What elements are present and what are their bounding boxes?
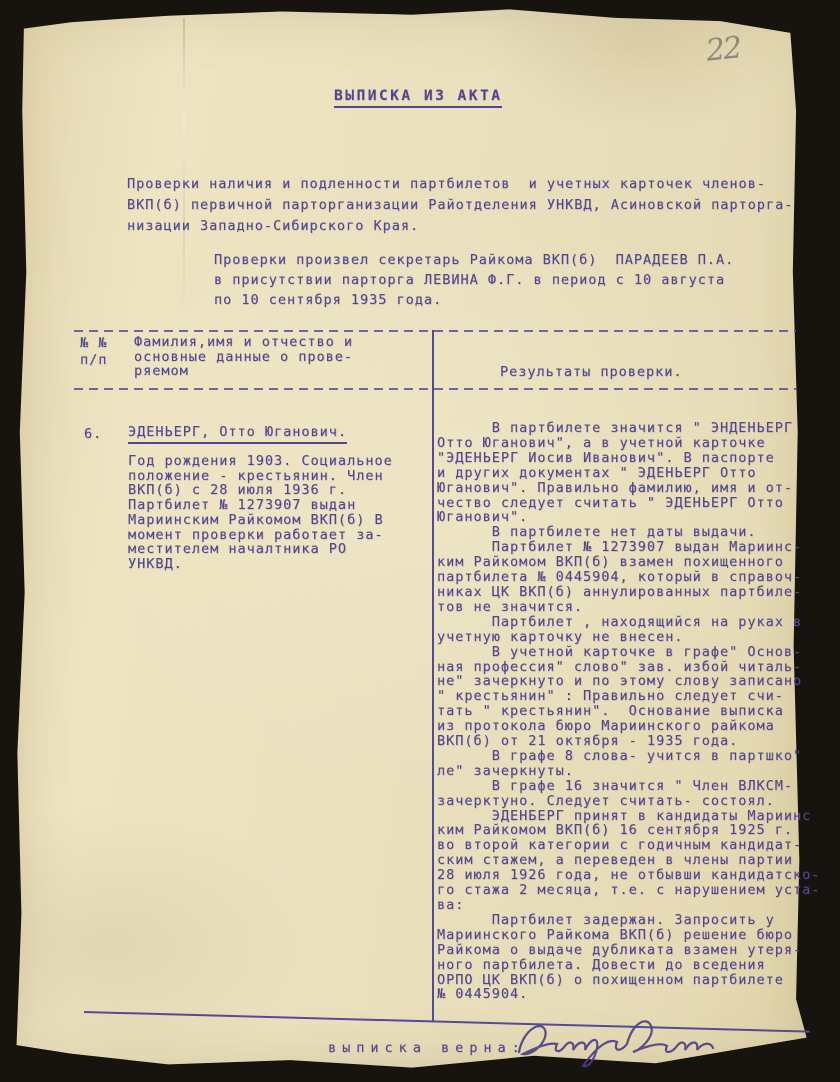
text-line: учетную карточку не внесен.: [437, 630, 820, 645]
text-line: ЭДЕНБЕРГ принят в кандидаты Мариинс: [437, 809, 820, 824]
text-line: чество следует считать " ЭДЕНЬЕРГ Отто: [437, 496, 820, 511]
results-text: В партбилете значится " ЭНДЕНЬЕРГОтто Юг…: [437, 421, 820, 1002]
text-line: местителем началтника РО: [128, 542, 393, 557]
text-line: ного партбилета. Довести до вседения: [437, 958, 820, 973]
text-line: Проверки произвел секретарь Райкома ВКП(…: [214, 250, 734, 270]
text-line: Юганович".: [437, 510, 820, 525]
text-line: В партбилете значится " ЭНДЕНЬЕРГ: [437, 421, 820, 436]
text-line: ким Райкомом ВКП(б) 16 сентября 1925 г.: [437, 823, 820, 838]
header-results-column: Результаты проверки.: [500, 364, 683, 380]
text-line: ВКП(б) первичной парторганизации Райотде…: [127, 195, 793, 216]
intro-paragraph: Проверки наличия и подленности партбилет…: [127, 174, 793, 237]
text-line: Юганович". Правильно фамилию, имя и от-: [437, 481, 820, 496]
text-line: из протокола бюро Мариинского райкома: [437, 719, 820, 734]
person-details: Год рождения 1903. Социальноеположение -…: [128, 454, 393, 572]
text-line: Фамилия,имя и отчество и: [134, 335, 353, 350]
text-line: го стажа 2 месяца, т.е. с нарушением уст…: [437, 883, 820, 898]
text-line: ким Райкомом ВКП(б) взамен похищенного: [437, 555, 820, 570]
text-line: № 0445904.: [437, 987, 820, 1002]
text-line: Отто Юганович", а в учетной карточке: [437, 436, 820, 451]
table-header-rule: [74, 388, 796, 390]
text-line: В графе 16 значится " Член ВЛКСМ-: [437, 779, 820, 794]
handwritten-signature: [505, 1012, 735, 1070]
text-line: ряемом: [134, 364, 353, 379]
text-line: В партбилете нет даты выдачи.: [437, 525, 820, 540]
text-line: ским стажем, а переведен в члены партии: [437, 853, 820, 868]
text-line: положение - крестьянин. Член: [128, 469, 393, 484]
certify-label: выписка верна:: [328, 1040, 526, 1056]
document-scan: 22 ВЫПИСКА ИЗ АКТА Проверки наличия и по…: [0, 0, 840, 1082]
text-line: низации Западно-Сибирского Края.: [127, 216, 793, 237]
text-line: момент проверки работает за-: [128, 528, 393, 543]
table-column-divider: [432, 330, 434, 1022]
text-line: УНКВД.: [128, 557, 393, 572]
text-line: Партбилет № 1273907 выдан Мариинс-: [437, 540, 820, 555]
text-line: во второй категории с годичным кандидат-: [437, 838, 820, 853]
conducted-paragraph: Проверки произвел секретарь Райкома ВКП(…: [214, 250, 734, 310]
document-title: ВЫПИСКА ИЗ АКТА: [334, 88, 502, 108]
text-line: и других документах " ЭДЕНЬЕРГ Отто: [437, 466, 820, 481]
text-line: " крестьянин" : Правильно следует счи-: [437, 689, 820, 704]
text-line: ВКП(б) с 28 июля 1936 г.: [128, 483, 393, 498]
text-line: Год рождения 1903. Социальное: [128, 454, 393, 469]
text-line: тать " крестьянин". Основание выписка: [437, 704, 820, 719]
text-line: "ЭДЕНЬЕРГ Иосив Иванович". В паспорте: [437, 451, 820, 466]
page-number-pencil: 22: [704, 30, 742, 68]
text-line: ВКП(б) от 21 октября - 1935 года.: [437, 734, 820, 749]
header-person-column: Фамилия,имя и отчество иосновные данные …: [134, 335, 353, 379]
paper-crease: [183, 18, 185, 318]
text-line: тов не значится.: [437, 600, 820, 615]
text-line: не" зачеркнуто и по этому слову записано: [437, 674, 820, 689]
table-top-rule: [74, 330, 796, 332]
text-line: 28 июля 1926 года, не отбывши кандидатск…: [437, 868, 820, 883]
text-line: В графе 8 слова- учится в партшко": [437, 749, 820, 764]
text-line: ОРПО ЦК ВКП(б) о похищенном партбилете: [437, 973, 820, 988]
text-line: Райкома о выдаче дубликата взамен утеря-: [437, 943, 820, 958]
person-name: ЭДЕНЬЕРГ, Отто Юганович.: [128, 424, 347, 444]
text-line: ва:: [437, 898, 820, 913]
text-line: зачерктуно. Следует считать- состоял.: [437, 794, 820, 809]
text-line: Мариинского Райкома ВКП(б) решение бюро: [437, 928, 820, 943]
text-line: Мариинским Райкомом ВКП(б) В: [128, 513, 393, 528]
header-num-line2: п/п: [80, 352, 107, 368]
text-line: ная профессия" слово" зав. избой читаль-: [437, 660, 820, 675]
text-line: основные данные о прове-: [134, 350, 353, 365]
text-line: ле" зачеркнуты.: [437, 764, 820, 779]
text-line: В учетной карточке в графе" Основ-: [437, 645, 820, 660]
text-line: Партбилет № 1273907 выдан: [128, 498, 393, 513]
text-line: по 10 сентября 1935 года.: [214, 290, 734, 310]
text-line: в присутствии парторга ЛЕВИНА Ф.Г. в пер…: [214, 270, 734, 290]
text-line: партбилета № 0445904, который в справоч-: [437, 570, 820, 585]
text-line: Проверки наличия и подленности партбилет…: [127, 174, 793, 195]
text-line: Партбилет задержан. Запросить у: [437, 913, 820, 928]
row-number: 6.: [84, 426, 102, 442]
text-line: никах ЦК ВКП(б) аннулированных партбиле-: [437, 585, 820, 600]
header-num-line1: № №: [80, 335, 107, 351]
text-line: Партбилет , находящийся на руках в: [437, 615, 820, 630]
